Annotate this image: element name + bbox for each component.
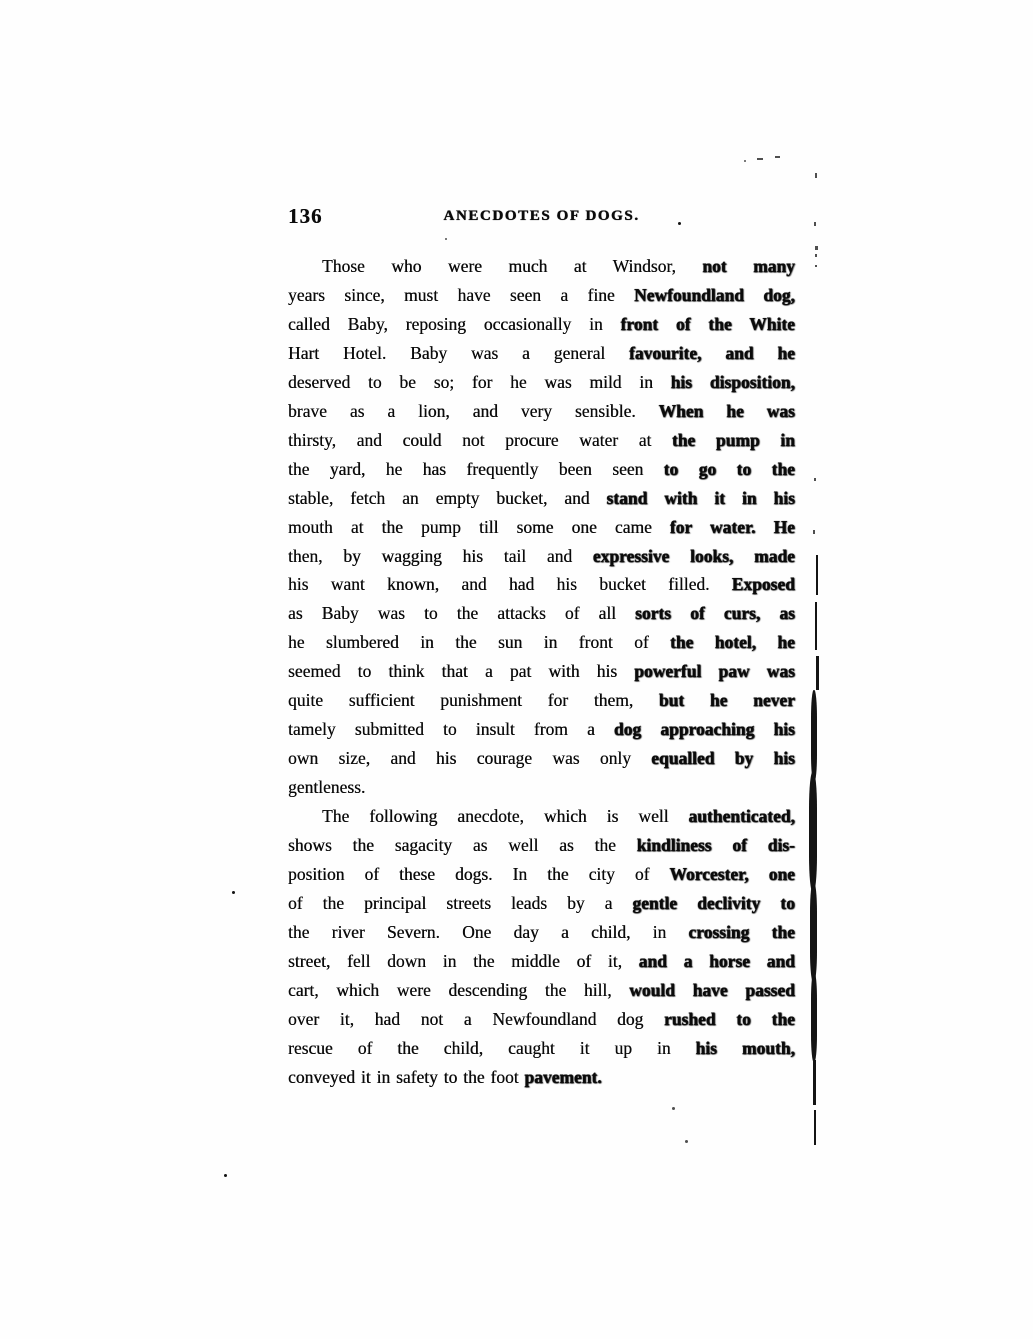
line-text-smudged: equalled by his [651, 748, 795, 768]
line-text-smudged: the hotel, he [670, 632, 795, 652]
line-text: conveyed it in safety to the foot [288, 1067, 524, 1087]
scan-artifact-streak [815, 602, 817, 650]
line-text-smudged: authenticated, [689, 806, 795, 826]
paragraph: Those who were much at Windsor, not many… [288, 252, 795, 802]
line-text: Hart Hotel. Baby was a general [288, 343, 629, 363]
line-text: seemed to think that a pat with his [288, 661, 634, 681]
line-text: of the principal streets leads by a [288, 893, 632, 913]
text-line: shows the sagacity as well as the kindli… [288, 831, 795, 860]
scan-artifact-dot [445, 238, 447, 240]
scan-artifact-dot [813, 530, 815, 534]
text-line: stable, fetch an empty bucket, and stand… [288, 484, 795, 513]
text-line: Hart Hotel. Baby was a general favourite… [288, 339, 795, 368]
line-text-smudged: When he was [659, 401, 795, 421]
line-text-smudged: and a horse and [639, 951, 795, 971]
line-text-smudged: for water. He [670, 517, 795, 537]
text-line: deserved to be so; for he was mild in hi… [288, 368, 795, 397]
line-text-smudged: not many [702, 256, 795, 276]
text-line: the river Severn. One day a child, in cr… [288, 918, 795, 947]
line-text-smudged: sorts of curs, as [635, 603, 795, 623]
scan-artifact-dash [815, 246, 818, 250]
line-text: position of these dogs. In the city of [288, 864, 669, 884]
line-text: cart, which were descending the hill, [288, 980, 629, 1000]
text-line: position of these dogs. In the city of W… [288, 860, 795, 889]
scan-artifact-dot [814, 478, 816, 481]
text-line: of the principal streets leads by a gent… [288, 889, 795, 918]
line-text: rescue of the child, caught it up in [288, 1038, 696, 1058]
scan-artifact-blob [809, 772, 817, 892]
text-line: mouth at the pump till some one came for… [288, 513, 795, 542]
line-text-smudged: pavement. [524, 1067, 601, 1087]
text-line: seemed to think that a pat with his powe… [288, 657, 795, 686]
text-line: tamely submitted to insult from a dog ap… [288, 715, 795, 744]
scan-artifact-streak [816, 656, 819, 690]
scan-artifact-streak [816, 555, 818, 595]
line-text: quite sufficient punishment for them, [288, 690, 659, 710]
line-text-smudged: his disposition, [671, 372, 795, 392]
line-text: stable, fetch an empty bucket, and [288, 488, 607, 508]
line-text: his want known, and had his bucket fille… [288, 574, 732, 594]
text-line: conveyed it in safety to the foot paveme… [288, 1063, 795, 1092]
text-line: as Baby was to the attacks of all sorts … [288, 599, 795, 628]
scan-artifact-dash [815, 173, 817, 178]
line-text: brave as a lion, and very sensible. [288, 401, 659, 421]
scan-artifact-dot [224, 1174, 227, 1177]
line-text-smudged: expressive looks, made [593, 546, 795, 566]
paragraph: The following anecdote, which is well au… [288, 802, 795, 1092]
text-line: then, by wagging his tail and expressive… [288, 542, 795, 571]
text-line: street, fell down in the middle of it, a… [288, 947, 795, 976]
body-text: Those who were much at Windsor, not many… [288, 252, 795, 1092]
scan-artifact-dash [815, 254, 817, 257]
line-text: Those who were much at Windsor, [322, 256, 702, 276]
line-text: The following anecdote, which is well [322, 806, 689, 826]
line-text-smudged: his mouth, [696, 1038, 795, 1058]
scan-artifact-dot [232, 891, 235, 894]
line-text: he slumbered in the sun in front of [288, 632, 670, 652]
scan-artifact-dash [814, 222, 816, 226]
line-text-smudged: to go to the [664, 459, 795, 479]
text-line: cart, which were descending the hill, wo… [288, 976, 795, 1005]
line-text-smudged: Exposed [732, 574, 795, 594]
text-line: own size, and his courage was only equal… [288, 744, 795, 773]
line-text: as Baby was to the attacks of all [288, 603, 635, 623]
line-text: street, fell down in the middle of it, [288, 951, 639, 971]
line-text-smudged: would have passed [629, 980, 795, 1000]
text-line: his want known, and had his bucket fille… [288, 570, 795, 599]
line-text: the yard, he has frequently been seen [288, 459, 664, 479]
line-text-smudged: dog approaching his [614, 719, 795, 739]
text-line: quite sufficient punishment for them, bu… [288, 686, 795, 715]
text-line: years since, must have seen a fine Newfo… [288, 281, 795, 310]
line-text: deserved to be so; for he was mild in [288, 372, 671, 392]
line-text-smudged: Newfoundland dog, [634, 285, 795, 305]
line-text-smudged: kindliness of dis- [637, 835, 795, 855]
line-text-smudged: rushed to the [664, 1009, 795, 1029]
book-page: 136 ANECDOTES OF DOGS. Those who were mu… [0, 0, 1033, 1339]
line-text-smudged: gentle declivity to [632, 893, 795, 913]
scan-artifact-dot [685, 1140, 688, 1143]
scan-artifact-blob [811, 690, 817, 782]
line-text-smudged: but he never [659, 690, 795, 710]
scan-artifact-dot [815, 265, 817, 267]
scan-artifact-dot [744, 160, 746, 162]
scan-artifact-streak [813, 1060, 816, 1105]
line-text: then, by wagging his tail and [288, 546, 593, 566]
scan-artifact-streak [814, 1110, 816, 1145]
line-text: over it, had not a Newfoundland dog [288, 1009, 664, 1029]
text-line: Those who were much at Windsor, not many [288, 252, 795, 281]
text-line: over it, had not a Newfoundland dog rush… [288, 1005, 795, 1034]
text-line: he slumbered in the sun in front of the … [288, 628, 795, 657]
line-text: years since, must have seen a fine [288, 285, 634, 305]
text-line: gentleness. [288, 773, 795, 802]
line-text: mouth at the pump till some one came [288, 517, 670, 537]
line-text: gentleness. [288, 777, 365, 797]
line-text-smudged: Worcester, one [669, 864, 795, 884]
line-text-smudged: stand with it in his [607, 488, 795, 508]
scan-artifact-blob [811, 972, 817, 1062]
text-line: thirsty, and could not procure water at … [288, 426, 795, 455]
text-line: the yard, he has frequently been seen to… [288, 455, 795, 484]
line-text: own size, and his courage was only [288, 748, 651, 768]
line-text-smudged: crossing the [688, 922, 795, 942]
line-text-smudged: the pump in [672, 430, 795, 450]
scan-artifact-blob [810, 882, 817, 982]
text-line: called Baby, reposing occasionally in fr… [288, 310, 795, 339]
line-text: shows the sagacity as well as the [288, 835, 637, 855]
running-head: ANECDOTES OF DOGS. [288, 208, 795, 225]
text-line: The following anecdote, which is well au… [288, 802, 795, 831]
scan-artifact-dot [672, 1107, 675, 1110]
scan-artifact-dash [757, 158, 763, 160]
line-text: tamely submitted to insult from a [288, 719, 614, 739]
line-text: called Baby, reposing occasionally in [288, 314, 621, 334]
text-line: brave as a lion, and very sensible. When… [288, 397, 795, 426]
line-text-smudged: front of the White [621, 314, 795, 334]
line-text: the river Severn. One day a child, in [288, 922, 688, 942]
line-text: thirsty, and could not procure water at [288, 430, 672, 450]
scan-artifact-dash [775, 156, 780, 158]
line-text-smudged: favourite, and he [629, 343, 795, 363]
line-text-smudged: powerful paw was [634, 661, 795, 681]
text-line: rescue of the child, caught it up in his… [288, 1034, 795, 1063]
